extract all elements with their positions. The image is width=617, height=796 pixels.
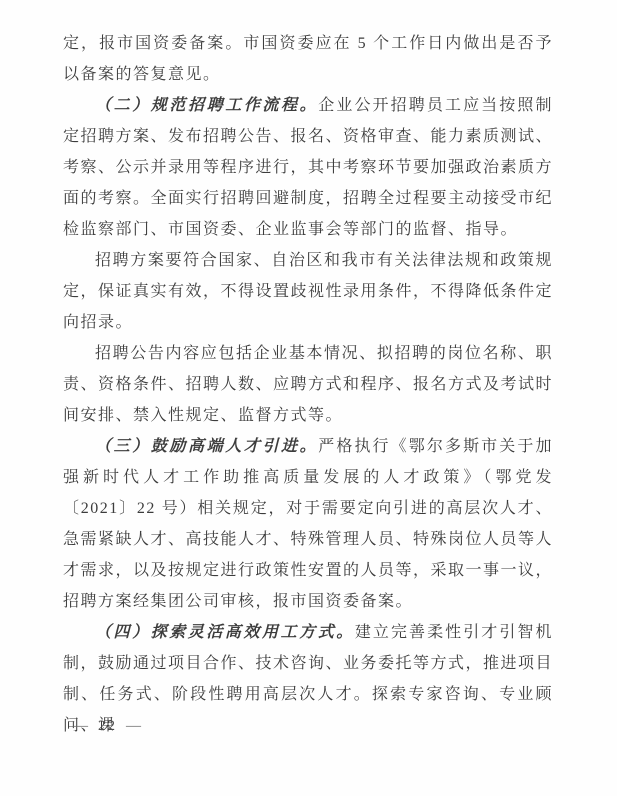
paragraph: （二）规范招聘工作流程。企业公开招聘员工应当按照制定招聘方案、发布招聘公告、报名…: [63, 90, 553, 245]
paragraph-text: 企业公开招聘员工应当按照制定招聘方案、发布招聘公告、报名、资格审查、能力素质测试…: [63, 97, 553, 238]
page-footer: —22—: [64, 718, 151, 735]
paragraph-text: 严格执行《鄂尔多斯市关于加强新时代人才工作助推高质量发展的人才政策》（鄂党发〔2…: [63, 438, 553, 610]
footer-left-dash: —: [64, 718, 98, 734]
paragraph: 定，报市国资委备案。市国资委应在 5 个工作日内做出是否予以备案的答复意见。: [63, 28, 553, 90]
paragraph-text: 定，报市国资委备案。市国资委应在 5 个工作日内做出是否予以备案的答复意见。: [63, 35, 553, 83]
paragraph: 招聘公告内容应包括企业基本情况、拟招聘的岗位名称、职责、资格条件、招聘人数、应聘…: [63, 338, 553, 431]
paragraph: 招聘方案要符合国家、自治区和我市有关法律法规和政策规定，保证真实有效，不得设置歧…: [63, 245, 553, 338]
footer-right-dash: —: [117, 718, 151, 734]
page-number: 22: [98, 718, 117, 734]
document-body: 定，报市国资委备案。市国资委应在 5 个工作日内做出是否予以备案的答复意见。（二…: [63, 28, 553, 741]
document-page: 定，报市国资委备案。市国资委应在 5 个工作日内做出是否予以备案的答复意见。（二…: [0, 0, 617, 796]
paragraph-heading: （二）规范招聘工作流程。: [95, 97, 318, 114]
paragraph: （三）鼓励高端人才引进。严格执行《鄂尔多斯市关于加强新时代人才工作助推高质量发展…: [63, 431, 553, 617]
paragraph-heading: （四）探索灵活高效用工方式。: [95, 624, 355, 641]
paragraph-text: 招聘公告内容应包括企业基本情况、拟招聘的岗位名称、职责、资格条件、招聘人数、应聘…: [63, 345, 553, 424]
paragraph-heading: （三）鼓励高端人才引进。: [95, 438, 318, 455]
paragraph-text: 招聘方案要符合国家、自治区和我市有关法律法规和政策规定，保证真实有效，不得设置歧…: [63, 252, 553, 331]
